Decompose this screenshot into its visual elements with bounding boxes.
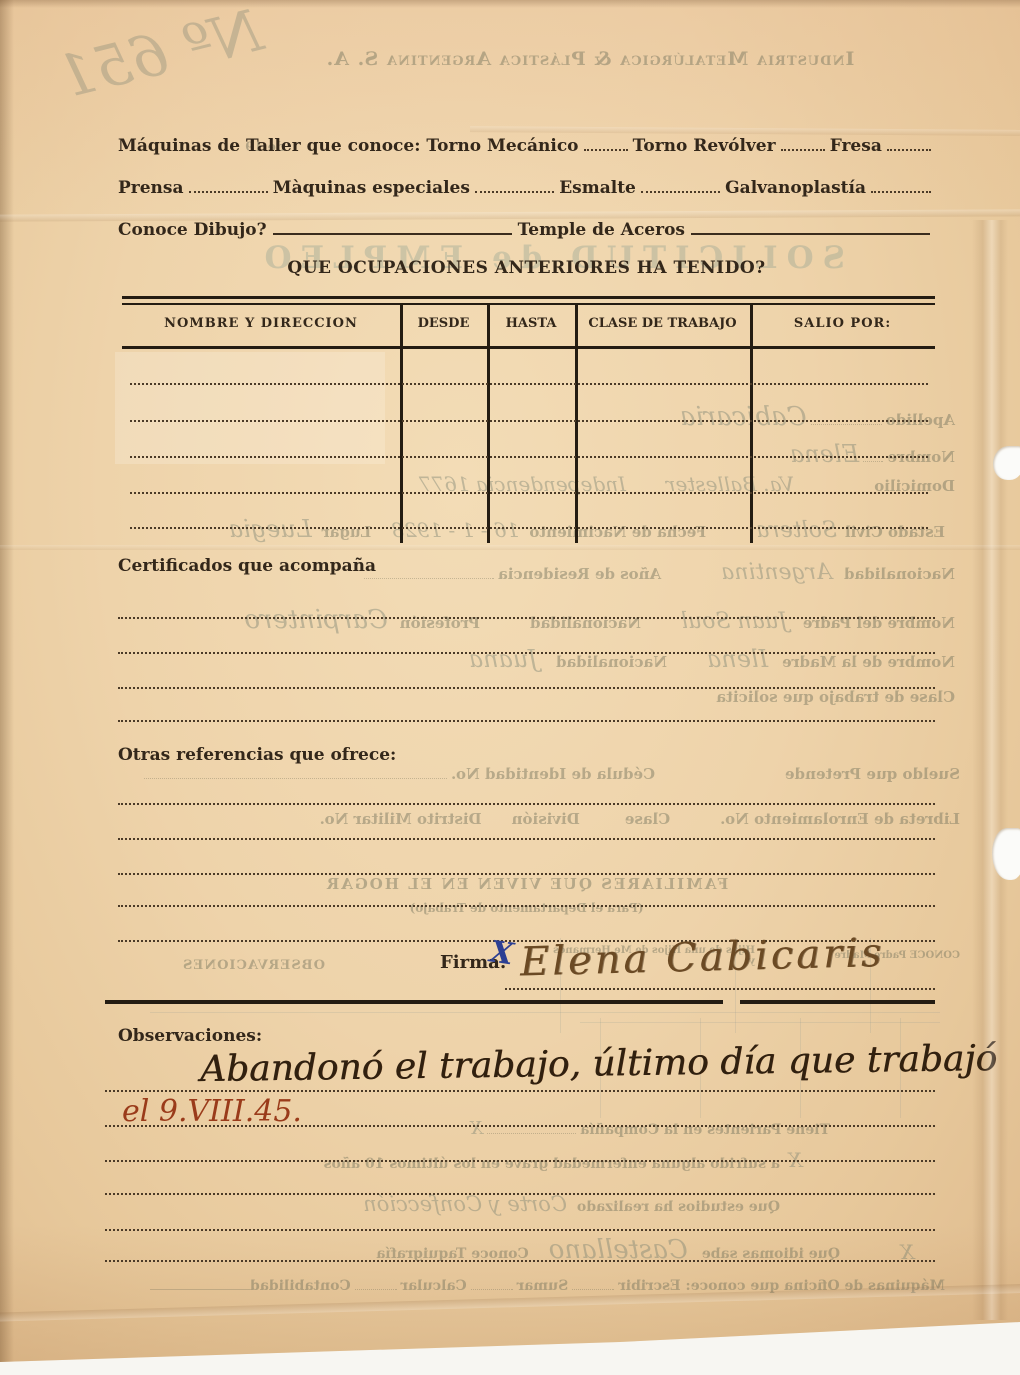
fill-in-line <box>105 1229 935 1231</box>
label-maquinas-taller: Máquinas de Taller que conoce: Torno Mec… <box>118 136 579 156</box>
bleed-observaciones-col: OBSERVACIONES <box>165 958 325 973</box>
bleed-hw-fecha: 16 - 1 - 1928 <box>391 518 519 542</box>
table-header-bottom-rule <box>122 346 935 349</box>
bleed-label-distrito: Distrito Militar No. <box>320 810 482 828</box>
bleed-label-anos-residencia: Años de Residencia <box>498 565 661 583</box>
label-conoce-dibujo: Conoce Dibujo? <box>118 220 267 240</box>
table-top-rule-1 <box>122 296 935 299</box>
label-galvanoplastia: Galvanoplastía <box>725 178 866 198</box>
bleed-row-madre: Nombre de la Madre Ilena Nacionalidad Ju… <box>360 645 955 673</box>
bleed-label-contabilidad: Contabilidad <box>250 1278 351 1294</box>
bleed-row-estudios: Que estudios ha realizado Corte y Confec… <box>365 1192 780 1216</box>
bleed-label-madre: Nombre de la Madre <box>782 653 955 671</box>
fill-in-line <box>105 1125 935 1127</box>
label-fresa: Fresa <box>830 136 882 156</box>
bleed-dots <box>863 461 883 462</box>
bleed-dots <box>364 578 494 579</box>
fill-in-blank <box>871 191 931 193</box>
bleed-label-clase: Clase <box>625 810 670 828</box>
bleed-hw-profesion: Carpintero <box>244 605 387 635</box>
bleed-row-oficina: Máquinas de Oficina que conoce: Escribir… <box>150 1278 945 1294</box>
fill-in-line <box>105 1193 935 1195</box>
table-top-rule-2 <box>122 303 935 305</box>
fill-in-blank <box>781 149 825 151</box>
bleed-hw-madre-nacionalidad: Juana <box>469 645 538 673</box>
bleed-grid-line <box>150 1012 940 1013</box>
bleed-hw-estado: Soltera <box>756 518 837 543</box>
bleed-hw-nombre: Elena <box>790 440 859 468</box>
bleed-company-name: Industria Metalúrgica & Plástica Argenti… <box>300 48 880 70</box>
bleed-dots <box>355 1289 397 1290</box>
bleed-enfermedad: a sufrido alguna enfermedad grave en los… <box>280 1156 780 1172</box>
paper-fold-right <box>972 220 1008 1320</box>
table-column-divider <box>575 305 578 543</box>
separator-rule <box>105 1000 723 1004</box>
bleed-hw-padre: Juan Soul <box>681 609 788 634</box>
table-column-divider <box>750 305 753 543</box>
label-torno-revolver: Torno Revólver <box>633 136 776 156</box>
bleed-x-mark: X <box>470 1118 483 1139</box>
bleed-row-tiene-parientes: Tiene Parientes en la Compañía X <box>470 1118 830 1139</box>
bleed-row-nacionalidad: Nacionalidad Argentina Años de Residenci… <box>360 560 955 585</box>
table-header-clase-trabajo: CLASE DE TRABAJO <box>575 316 750 331</box>
bleed-row-padre: Nombre del Padre Juan Soul Nacionalidad … <box>130 605 955 635</box>
observaciones-handwriting-line2: el 9.VIII.45. <box>122 1094 302 1129</box>
bleed-label-oficina: Máquinas de Oficina que conoce: Escribir <box>618 1278 945 1294</box>
bleed-label-calcular: Calcular <box>401 1278 467 1294</box>
table-header-desde: DESDE <box>400 316 487 331</box>
bleed-label-sueldo: Sueldo que Pretende <box>785 765 960 783</box>
scanned-form-page: Industria Metalúrgica & Plástica Argenti… <box>0 0 1020 1375</box>
bleed-label-lugar: Lugar <box>322 523 372 541</box>
bleed-hw-madre: Ilena <box>707 645 768 673</box>
observaciones-label: Observaciones: <box>118 1026 262 1046</box>
table-header-nombre-direccion: NOMBRE Y DIRECCION <box>122 316 400 331</box>
punch-hole-top <box>993 446 1020 480</box>
bleed-row-sueldo: Sueldo que Pretende Cédula de Identidad … <box>140 765 960 783</box>
bleed-dots <box>471 1289 513 1290</box>
bleed-row-estado-civil: Estado Civil Soltera Fecha de Nacimiento… <box>130 515 945 543</box>
bleed-hw-lugar: Luegia <box>229 515 312 543</box>
table-row <box>130 527 928 529</box>
fill-in-line <box>118 803 935 805</box>
field-line-maquinas-taller: Máquinas de Taller que conoce: Torno Mec… <box>118 136 936 156</box>
bleed-photo-patch <box>115 352 385 464</box>
fill-in-blank <box>691 233 930 235</box>
bleed-clase-solicita: Clase de trabajo que solicita <box>570 688 955 706</box>
fill-in-line <box>118 617 935 619</box>
bleed-label-libreta: Libreta de Enrolamiento No. <box>720 810 960 828</box>
bleed-label-nacionalidad: Nacionalidad <box>844 565 955 583</box>
bleed-label-cedula: Cédula de Identidad No. <box>451 765 655 783</box>
bleed-dots <box>487 1133 576 1134</box>
observaciones-handwriting-line1: Abandonó el trabajo, último día que trab… <box>200 1039 941 1090</box>
paper-sheet: Industria Metalúrgica & Plástica Argenti… <box>0 0 1020 1375</box>
bleed-label-estudios: Que estudios ha realizado <box>577 1199 780 1215</box>
fill-in-blank <box>887 149 931 151</box>
firma-x-mark: X <box>488 935 516 973</box>
table-row <box>130 492 928 494</box>
fill-in-line <box>105 1090 935 1092</box>
signature: Elena Cabicaris <box>519 929 940 986</box>
certificados-label: Certificados que acompaña <box>118 556 376 576</box>
fill-in-line <box>118 873 935 875</box>
table-header-salio-por: SALIO POR: <box>750 316 935 331</box>
fill-in-blank <box>641 191 720 193</box>
bleed-grid-line <box>580 1022 940 1023</box>
label-prensa: Prensa <box>118 178 184 198</box>
table-row <box>130 456 928 458</box>
paper-crease <box>470 126 1020 136</box>
bleed-dots <box>144 778 447 779</box>
fill-in-blank <box>584 149 628 151</box>
referencias-label: Otras referencias que ofrece: <box>118 745 396 765</box>
fill-in-blank <box>475 191 554 193</box>
field-line-dibujo: Conoce Dibujo? Temple de Aceros <box>118 220 936 240</box>
bleed-row-libreta: Libreta de Enrolamiento No. Clase Divisi… <box>140 810 960 828</box>
table-header-hasta: HASTA <box>487 316 575 331</box>
fill-in-line <box>118 905 935 907</box>
bleed-hw-apellido: Cabicaria <box>680 402 807 432</box>
fill-in-line <box>105 1160 935 1162</box>
label-esmalte: Esmalte <box>559 178 636 198</box>
label-maquinas-especiales: Màquinas especiales <box>273 178 470 198</box>
paper-crease <box>0 545 1020 550</box>
bleed-label-division: División <box>512 810 580 828</box>
fill-in-line <box>105 1260 935 1262</box>
bleed-row-nombre: Nombre Elena <box>560 440 955 468</box>
table-row <box>130 420 928 422</box>
fill-in-line <box>118 720 935 722</box>
bleed-familiares-title: FAMILIARES QUE VIVEN EN EL HOGAR <box>118 875 935 893</box>
bleed-label-estado: Estado Civil <box>845 523 945 541</box>
fill-in-blank <box>273 233 512 235</box>
fill-in-line <box>118 687 935 689</box>
table-title: QUE OCUPACIONES ANTERIORES HA TENIDO? <box>118 258 935 278</box>
bleed-dots <box>811 424 882 425</box>
fill-in-blank <box>189 191 268 193</box>
bleed-hw-nacionalidad: Argentina <box>721 560 832 585</box>
bleed-label-sumar: Sumar <box>517 1278 569 1294</box>
bleed-label-fecha: Fecha de Nacimiento <box>529 523 706 541</box>
separator-rule <box>740 1000 935 1004</box>
bleed-row-apellido: Apellido Cabicaria <box>560 402 955 432</box>
firma-line <box>505 988 935 990</box>
bleed-para-depto: (Para el Departamento de Trabajo) <box>118 901 935 915</box>
fill-in-line <box>118 838 935 840</box>
fill-in-line <box>118 652 935 654</box>
bleed-hw-estudios: Corte y Confección <box>363 1192 567 1216</box>
table-column-divider <box>487 305 490 543</box>
table-row <box>130 383 928 385</box>
punch-hole-bottom <box>992 828 1020 880</box>
field-line-prensa: Prensa Màquinas especiales Esmalte Galva… <box>118 178 936 198</box>
bleed-label-madre-nacionalidad: Nacionalidad <box>556 653 667 671</box>
label-temple-aceros: Temple de Aceros <box>518 220 685 240</box>
bleed-dots <box>572 1289 614 1290</box>
bleed-form-number: Nº 651 <box>35 0 284 116</box>
table-column-divider <box>400 305 403 543</box>
